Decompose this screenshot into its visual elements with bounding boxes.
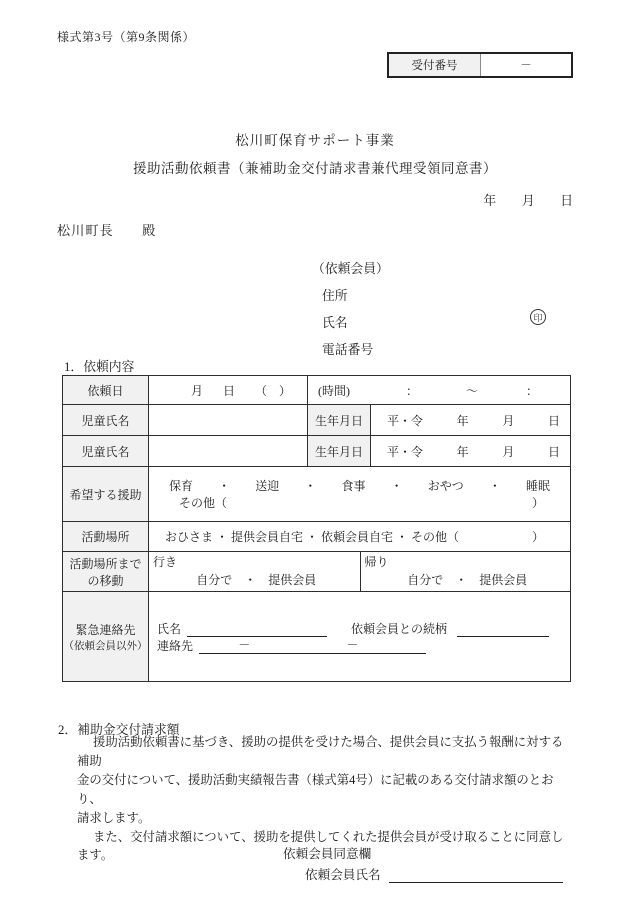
support-option-oyatsu: おやつ (428, 477, 464, 494)
section1-heading: 1．依頼内容 (64, 356, 134, 375)
emergency-label-line1: 緊急連絡先 (63, 621, 148, 638)
child1-birth-cell: 平・令 年 月 日 (371, 405, 571, 436)
support-label: 希望する援助 (63, 467, 149, 522)
addressee-line: 松川町長 殿 (57, 220, 156, 239)
transport-cell: 行き 自分で ・ 提供会員 帰り 自分で ・ 提供会員 (149, 552, 571, 592)
receipt-number-box: 受付番号 － (387, 52, 573, 78)
transport-label-line1: 活動場所まで (63, 555, 148, 572)
transport-go-choice: 自分で ・ 提供会員 (153, 571, 360, 588)
transport-return-choice: 自分で ・ 提供会員 (365, 571, 571, 588)
section2-line-1: 援助活動依頼書に基づき、援助の提供を受けた場合、提供会員に支払う報酬に対する補助 (77, 733, 572, 771)
time-label: (時間) (318, 382, 350, 399)
separator-dot: ・ (304, 477, 316, 494)
phone-hyphen: － (346, 636, 358, 653)
child1-day: 日 (548, 412, 560, 429)
emergency-label-line2: （依頼会員以外） (63, 638, 148, 653)
transport-return-half: 帰り 自分で ・ 提供会員 (360, 552, 571, 591)
table-row-request-date: 依頼日 月 日 （ ） (時間) ： ～ ： (63, 376, 571, 405)
request-details-table: 依頼日 月 日 （ ） (時間) ： ～ ： (62, 375, 571, 682)
child2-day: 日 (548, 443, 560, 460)
transport-return-label: 帰り (365, 553, 571, 570)
seal-icon: 印 (530, 309, 546, 325)
child2-birth-label: 生年月日 (308, 436, 371, 467)
child2-birth-cell: 平・令 年 月 日 (371, 436, 571, 467)
time-colon-end: ： (526, 382, 538, 399)
requester-name-label: 氏名 (322, 312, 348, 331)
consent-heading: 依頼会員同意欄 (283, 843, 371, 862)
emergency-phone-blank-line: － － (199, 640, 426, 654)
time-tilde: ～ (466, 382, 478, 399)
date-weekday-paren: （ ） (255, 382, 291, 399)
place-label: 活動場所 (63, 522, 149, 552)
transport-label-line2: の移動 (63, 572, 148, 589)
child1-year: 年 (457, 412, 469, 429)
receipt-number-value: － (481, 54, 571, 76)
child1-name-label: 児童氏名 (63, 405, 149, 436)
child2-era: 平・令 (387, 443, 423, 460)
child1-birth-label: 生年月日 (308, 405, 371, 436)
request-date-value-cell: 月 日 （ ） (149, 376, 308, 405)
seal-char: 印 (533, 311, 542, 324)
emergency-relation-label: 依頼会員との続柄 (351, 620, 447, 637)
support-options-cell: 保育 ・ 送迎 ・ 食事 ・ おやつ ・ 睡眠 その他（ ） (149, 467, 571, 522)
document-title: 松川町保育サポート事業 (0, 129, 630, 149)
date-day: 日 (223, 382, 235, 399)
support-other-open: その他（ (179, 494, 227, 511)
child1-month: 月 (502, 412, 514, 429)
separator-dot: ・ (218, 477, 230, 494)
requester-heading: （依頼会員） (312, 258, 389, 277)
child2-name-label: 児童氏名 (63, 436, 149, 467)
support-option-sogei: 送迎 (255, 477, 279, 494)
child2-month: 月 (502, 443, 514, 460)
separator-dot: ・ (489, 477, 501, 494)
place-other-close: ） (532, 528, 544, 545)
transport-go-label: 行き (153, 553, 360, 570)
emergency-label: 緊急連絡先 （依頼会員以外） (63, 592, 149, 682)
consent-name-row: 依頼会員氏名 (305, 864, 563, 883)
table-row-transport: 活動場所まで の移動 行き 自分で ・ 提供会員 帰り 自分で ・ 提供会員 (63, 552, 571, 592)
phone-hyphen: － (238, 636, 250, 653)
table-row-child-1: 児童氏名 生年月日 平・令 年 月 日 (63, 405, 571, 436)
emergency-name-label: 氏名 (157, 620, 181, 637)
child1-name-blank (149, 405, 308, 436)
form-number: 様式第3号（第9条関係） (57, 28, 195, 45)
date-month: 月 (191, 382, 203, 399)
support-option-hoiku: 保育 (169, 477, 193, 494)
separator-dot: ・ (391, 477, 403, 494)
table-row-support: 希望する援助 保育 ・ 送迎 ・ 食事 ・ おやつ ・ 睡眠 (63, 467, 571, 522)
transport-label: 活動場所まで の移動 (63, 552, 149, 592)
emergency-cell: 氏名 依頼会員との続柄 連絡先 － － (149, 592, 571, 682)
emergency-contact-label: 連絡先 (157, 637, 193, 654)
time-colon-start: ： (406, 382, 418, 399)
transport-go-half: 行き 自分で ・ 提供会員 (149, 552, 360, 591)
emergency-relation-blank-line (457, 623, 549, 637)
place-options-cell: おひさま ・ 提供会員自宅 ・ 依頼会員自宅 ・ その他（ ） (149, 522, 571, 552)
support-other-close: ） (532, 494, 544, 511)
consent-name-blank-line (389, 869, 563, 883)
emergency-name-blank-line (187, 623, 327, 637)
receipt-number-label: 受付番号 (389, 54, 481, 76)
request-time-cell: (時間) ： ～ ： (308, 376, 571, 405)
table-row-emergency: 緊急連絡先 （依頼会員以外） 氏名 依頼会員との続柄 連絡先 － (63, 592, 571, 682)
form-document-page: 様式第3号（第9条関係） 受付番号 － 松川町保育サポート事業 援助活動依頼書（… (0, 0, 630, 903)
section2-line-3: 請求します。 (77, 809, 572, 828)
support-option-suimin: 睡眠 (526, 477, 550, 494)
place-options: おひさま ・ 提供会員自宅 ・ 依頼会員自宅 ・ その他（ (165, 528, 459, 545)
date-line: 年 月 日 (0, 190, 573, 209)
support-option-shokuji: 食事 (342, 477, 366, 494)
child2-name-blank (149, 436, 308, 467)
consent-name-label: 依頼会員氏名 (305, 864, 381, 883)
table-row-place: 活動場所 おひさま ・ 提供会員自宅 ・ 依頼会員自宅 ・ その他（ ） (63, 522, 571, 552)
requester-address-label: 住所 (322, 285, 348, 304)
request-date-label: 依頼日 (63, 376, 149, 405)
requester-phone-label: 電話番号 (322, 339, 373, 358)
child1-era: 平・令 (387, 412, 423, 429)
section2-line-2: 金の交付について、援助活動実績報告書（様式第4号）に記載のある交付請求額のとおり… (77, 771, 572, 809)
document-subtitle: 援助活動依頼書（兼補助金交付請求書兼代理受領同意書） (0, 157, 630, 177)
table-row-child-2: 児童氏名 生年月日 平・令 年 月 日 (63, 436, 571, 467)
child2-year: 年 (457, 443, 469, 460)
